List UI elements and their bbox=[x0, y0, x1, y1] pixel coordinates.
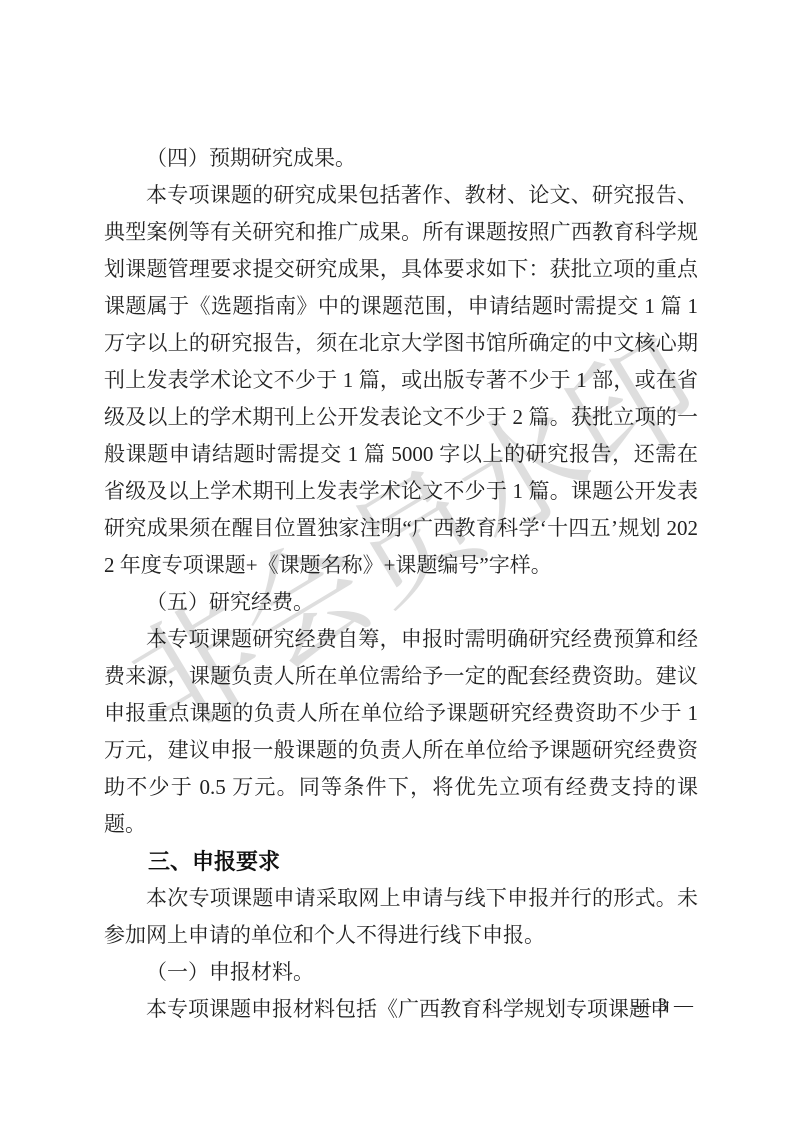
paragraph-research-outcomes-requirements: 本专项课题的研究成果包括著作、教材、论文、研究报告、典型案例等有关研究和推广成果… bbox=[104, 177, 698, 584]
document-body: （四）预期研究成果。 本专项课题的研究成果包括著作、教材、论文、研究报告、典型案… bbox=[104, 140, 698, 1028]
paragraph-application-materials-intro: 本专项课题申报材料包括《广西教育科学规划专项课题申 bbox=[104, 991, 698, 1028]
paragraph-research-funding-details: 本专项课题研究经费自筹，申报时需明确研究经费预算和经费来源，课题负责人所在单位需… bbox=[104, 621, 698, 843]
subheading-research-funding: （五）研究经费。 bbox=[104, 584, 698, 621]
subheading-application-materials: （一）申报材料。 bbox=[104, 954, 698, 991]
heading-application-requirements: 三、申报要求 bbox=[104, 843, 698, 880]
paragraph-application-mode: 本次专项课题申请采取网上申请与线下申报并行的形式。未参加网上申请的单位和个人不得… bbox=[104, 880, 698, 954]
page-number: — 3 — bbox=[632, 994, 694, 1018]
document-page: 非会员水印 （四）预期研究成果。 本专项课题的研究成果包括著作、教材、论文、研究… bbox=[0, 0, 794, 1123]
subheading-expected-research-outcomes: （四）预期研究成果。 bbox=[104, 140, 698, 177]
